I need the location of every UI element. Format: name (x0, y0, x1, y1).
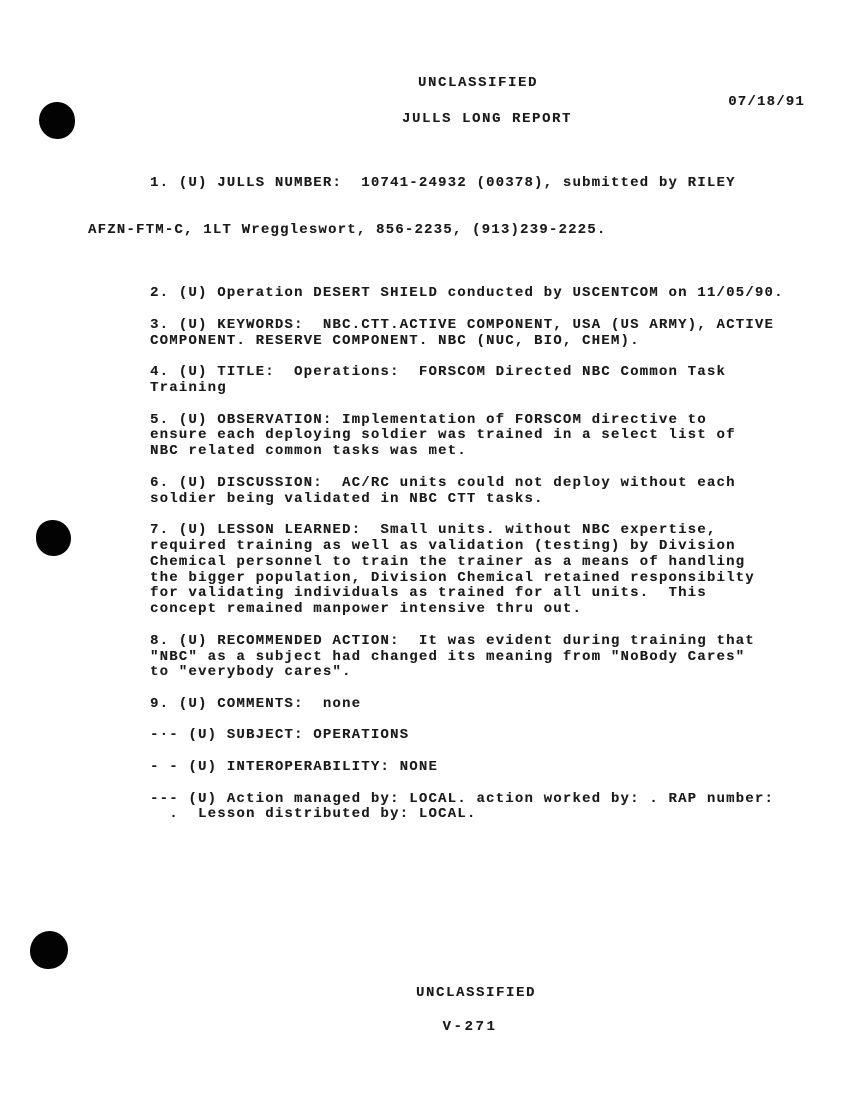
paragraph-line-submitter: AFZN-FTM-C, 1LT Wreggleswort, 856-2235, … (88, 223, 820, 239)
paragraph-recommended-action: 8. (U) RECOMMENDED ACTION: It was eviden… (150, 634, 820, 681)
paragraph-title: 4. (U) TITLE: Operations: FORSCOM Direct… (150, 365, 820, 397)
hole-punch-bottom (30, 931, 68, 969)
paragraph-lesson-learned: 7. (U) LESSON LEARNED: Small units. with… (150, 523, 820, 618)
hole-punch-top (39, 102, 75, 139)
hole-punch-middle (36, 520, 71, 556)
classification-header: UNCLASSIFIED (418, 76, 538, 92)
trailer-interoperability: - - (U) INTEROPERABILITY: NONE (150, 760, 820, 776)
classification-footer: UNCLASSIFIED (416, 986, 536, 1002)
paragraph-comments: 9. (U) COMMENTS: none (150, 697, 820, 713)
report-date: 07/18/91 (728, 95, 805, 111)
paragraph-observation: 5. (U) OBSERVATION: Implementation of FO… (150, 413, 820, 460)
trailer-action-managed: --- (U) Action managed by: LOCAL. action… (150, 792, 820, 824)
paragraph-julls-number: 1. (U) JULLS NUMBER: 10741-24932 (00378)… (150, 144, 820, 270)
paragraph-discussion: 6. (U) DISCUSSION: AC/RC units could not… (150, 476, 820, 508)
trailer-subject: -·- (U) SUBJECT: OPERATIONS (150, 728, 820, 744)
paragraph-operation: 2. (U) Operation DESERT SHIELD conducted… (150, 286, 820, 302)
report-title: JULLS LONG REPORT (402, 112, 572, 128)
paragraph-line: 1. (U) JULLS NUMBER: 10741-24932 (00378)… (150, 176, 820, 192)
paragraph-keywords: 3. (U) KEYWORDS: NBC.CTT.ACTIVE COMPONEN… (150, 318, 820, 350)
document-page: UNCLASSIFIED 07/18/91 JULLS LONG REPORT … (0, 0, 850, 1094)
report-body: 1. (U) JULLS NUMBER: 10741-24932 (00378)… (150, 144, 820, 839)
page-number: V-271 (442, 1020, 497, 1036)
